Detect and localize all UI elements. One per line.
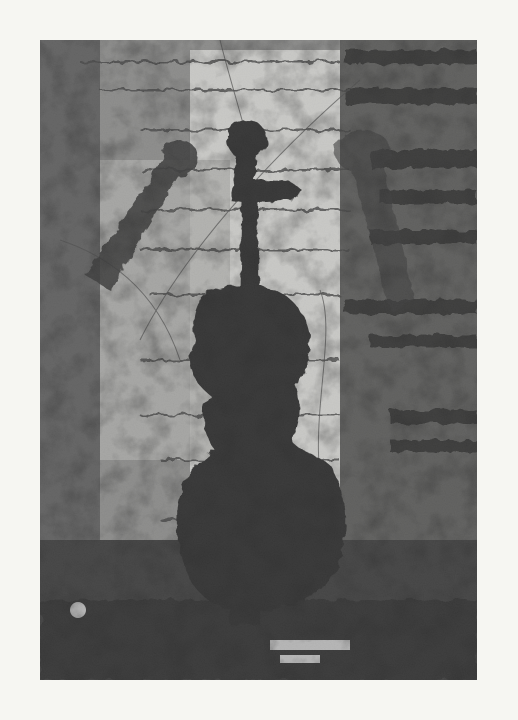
print-illustration [40, 40, 477, 680]
artwork-print: Monochrome print of a cello silhouette i… [40, 40, 477, 680]
